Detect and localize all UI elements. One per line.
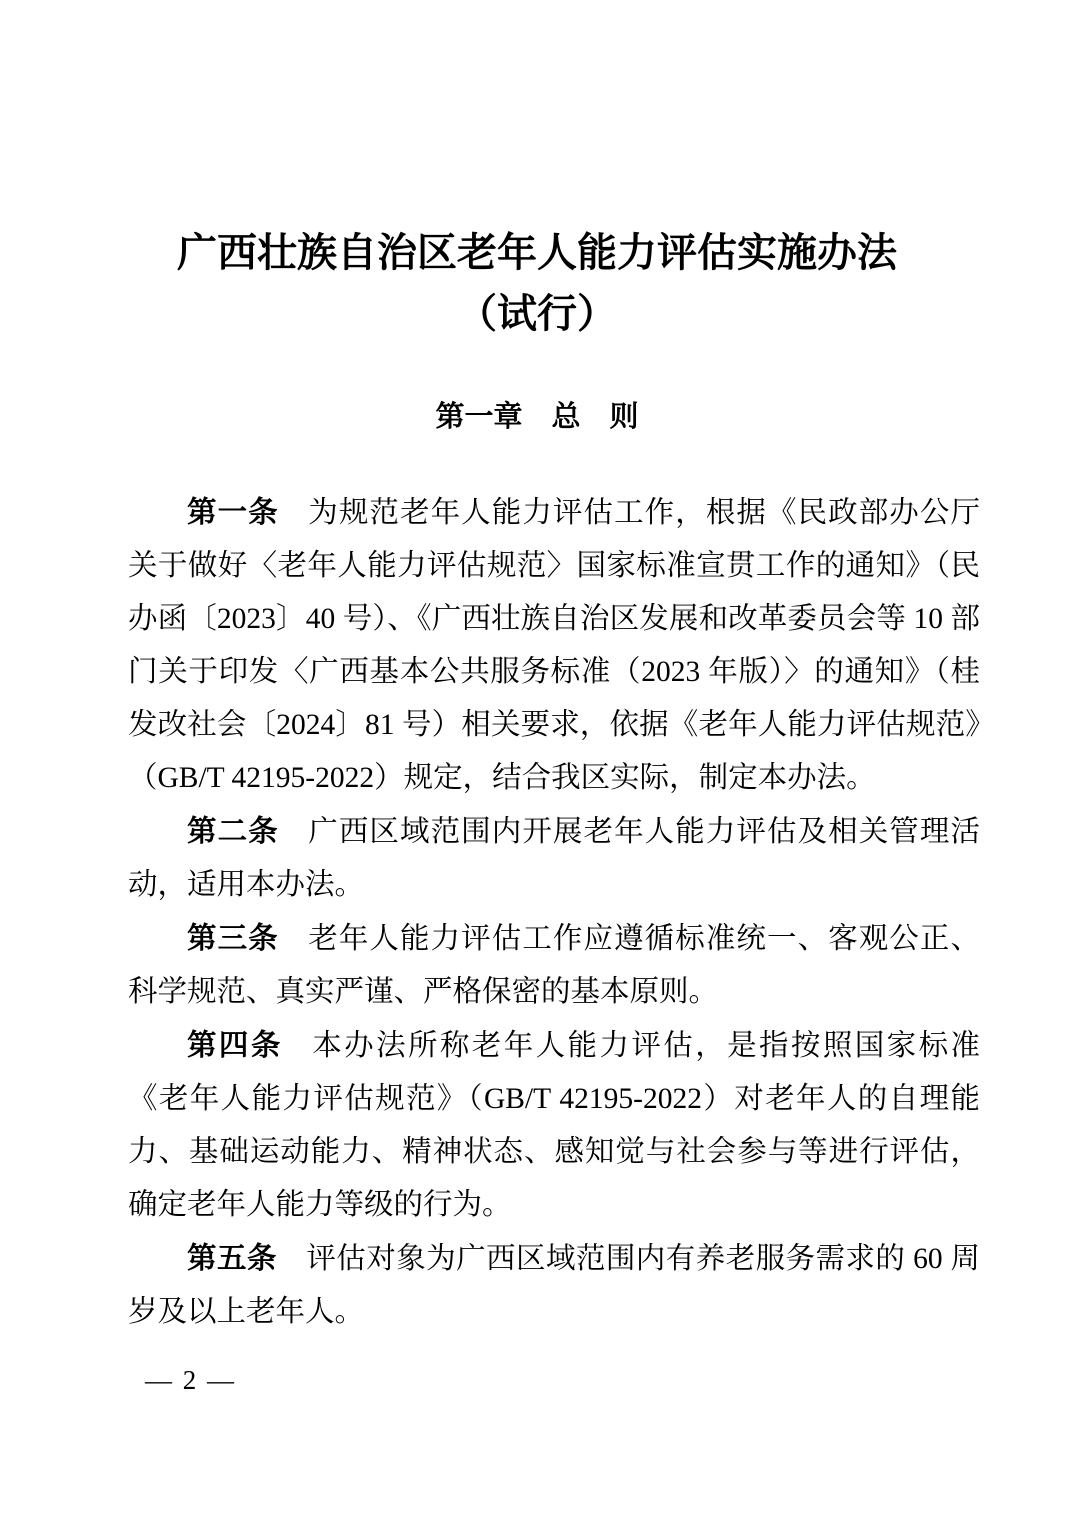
document-title-line1: 广西壮族自治区老年人能力评估实施办法	[0, 222, 1074, 283]
article-label: 第三条	[187, 922, 279, 955]
article-label: 第五条	[187, 1242, 277, 1275]
article-label: 第四条	[187, 1029, 283, 1062]
article-paragraph: 第五条评估对象为广西区域范围内有养老服务需求的 60 周岁及以上老年人。	[128, 1232, 980, 1339]
document-page: 广西壮族自治区老年人能力评估实施办法 （试行） 第一章 总 则 第一条为规范老年…	[0, 0, 1074, 1520]
chapter-heading: 第一章 总 则	[0, 398, 1074, 436]
article-paragraph: 第三条老年人能力评估工作应遵循标准统一、客观公正、科学规范、真实严谨、严格保密的…	[128, 912, 980, 1019]
article-label: 第二条	[187, 815, 279, 848]
article-label: 第一条	[187, 496, 279, 529]
article-paragraph: 第一条为规范老年人能力评估工作，根据《民政部办公厅关于做好〈老年人能力评估规范〉…	[128, 486, 980, 805]
document-title: 广西壮族自治区老年人能力评估实施办法 （试行）	[0, 222, 1074, 344]
document-body: 第一条为规范老年人能力评估工作，根据《民政部办公厅关于做好〈老年人能力评估规范〉…	[128, 486, 980, 1339]
article-text: 为规范老年人能力评估工作，根据《民政部办公厅关于做好〈老年人能力评估规范〉国家标…	[128, 497, 980, 794]
page-number: — 2 —	[145, 1362, 236, 1398]
article-paragraph: 第四条本办法所称老年人能力评估，是指按照国家标准《老年人能力评估规范》（GB/T…	[128, 1019, 980, 1232]
article-paragraph: 第二条广西区域范围内开展老年人能力评估及相关管理活动，适用本办法。	[128, 805, 980, 912]
document-title-line2: （试行）	[0, 283, 1074, 344]
